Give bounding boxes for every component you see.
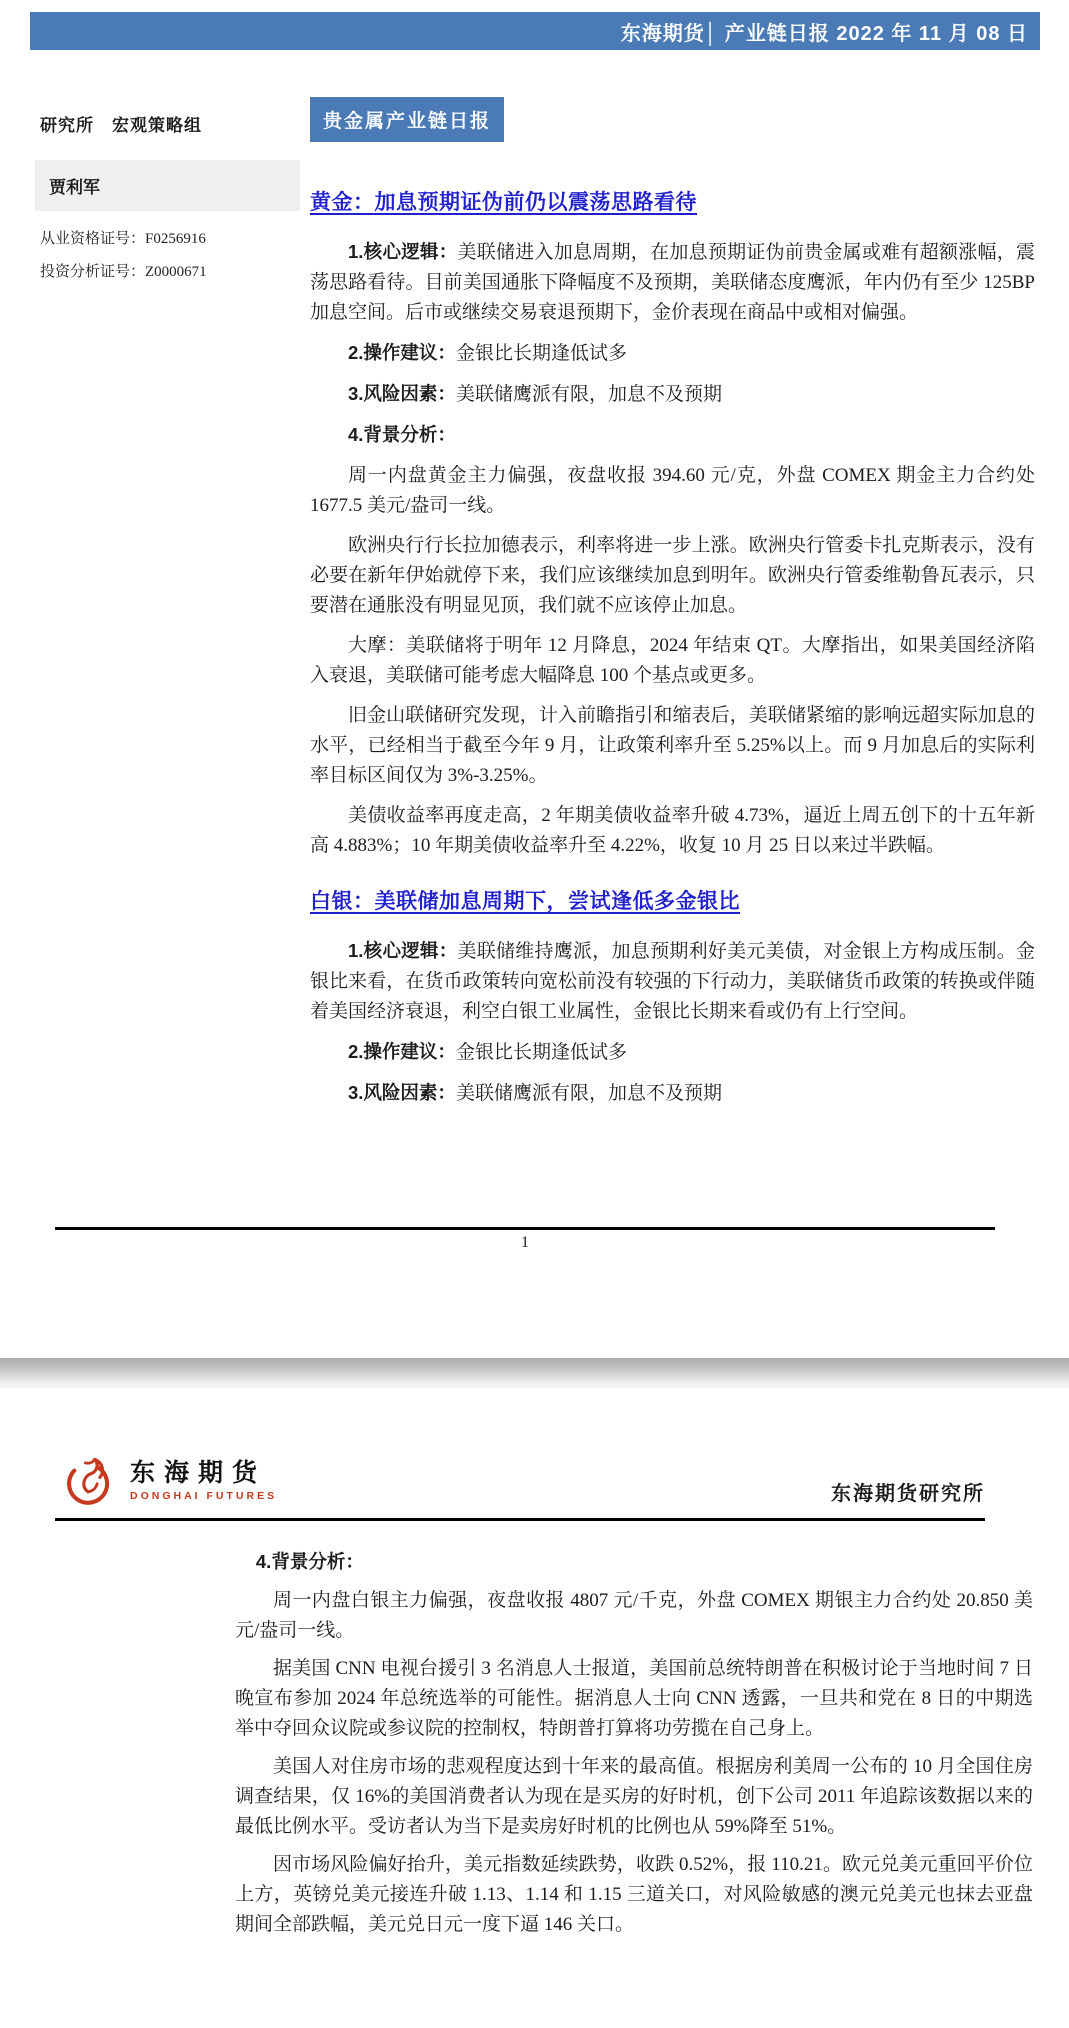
logo-chinese-name: 东海期货 bbox=[130, 1460, 277, 1488]
investment-cert-number: 投资分析证号：Z0000671 bbox=[40, 256, 310, 289]
analyst-certificates: 从业资格证号：F0256916 投资分析证号：Z0000671 bbox=[40, 223, 310, 289]
gold-item-risk: 3.风险因素：美联储鹰派有限，加息不及预期 bbox=[310, 379, 1035, 410]
silver-item-advice-label: 2.操作建议： bbox=[348, 1041, 456, 1062]
silver-section-heading[interactable]: 白银：美联储加息周期下，尝试逢低多金银比 bbox=[310, 889, 1035, 914]
page2-header: 东海期货 DONGHAI FUTURES 东海期货研究所 bbox=[60, 1452, 985, 1510]
gold-background-paragraph: 美债收益率再度走高，2 年期美债收益率升破 4.73%，逼近上周五创下的十五年新… bbox=[310, 801, 1035, 861]
silver-background-paragraph: 据美国 CNN 电视台援引 3 名消息人士报道，美国前总统特朗普在积极讨论于当地… bbox=[235, 1654, 1033, 1744]
research-institute-title: 东海期货研究所 bbox=[831, 1477, 985, 1510]
page1-columns: 研究所 宏观策略组 贾利军 从业资格证号：F0256916 投资分析证号：Z00… bbox=[0, 97, 1069, 1109]
silver-background-label: 4.背景分析： bbox=[256, 1551, 364, 1572]
department-label: 研究所 宏观策略组 bbox=[40, 111, 310, 136]
gold-background-paragraph: 周一内盘黄金主力偏强，夜盘收报 394.60 元/克，外盘 COMEX 期金主力… bbox=[310, 461, 1035, 521]
silver-item-risk: 3.风险因素：美联储鹰派有限，加息不及预期 bbox=[310, 1078, 1035, 1109]
gold-item-advice-label: 2.操作建议： bbox=[348, 342, 456, 363]
page1-footer-rule bbox=[55, 1227, 995, 1230]
silver-background-paragraph: 因市场风险偏好抬升，美元指数延续跌势，收跌 0.52%，报 110.21。欧元兑… bbox=[235, 1850, 1033, 1940]
gold-item-background-label: 4.背景分析： bbox=[348, 424, 456, 445]
gold-background-paragraph: 欧洲央行行长拉加德表示，利率将进一步上涨。欧洲央行管委卡扎克斯表示，没有必要在新… bbox=[310, 531, 1035, 621]
practice-cert-number: 从业资格证号：F0256916 bbox=[40, 223, 310, 256]
silver-item-core-logic-label: 1.核心逻辑： bbox=[348, 940, 457, 961]
banner-title: 东海期货│ 产业链日报 2022 年 11 月 08 日 bbox=[621, 17, 1028, 46]
gold-background-paragraph: 旧金山联储研究发现，计入前瞻指引和缩表后，美联储紧缩的影响远超实际加息的水平，已… bbox=[310, 701, 1035, 791]
silver-background-paragraph: 周一内盘白银主力偏强，夜盘收报 4807 元/千克，外盘 COMEX 期银主力合… bbox=[235, 1586, 1033, 1646]
gold-item-background: 4.背景分析： bbox=[310, 420, 1035, 451]
gold-item-core-logic-label: 1.核心逻辑： bbox=[348, 241, 457, 262]
silver-background-section: 4.背景分析： bbox=[235, 1547, 1033, 1578]
silver-item-advice: 2.操作建议：金银比长期逢低试多 bbox=[310, 1037, 1035, 1068]
report-title-badge: 贵金属产业链日报 bbox=[310, 97, 504, 142]
logo-text: 东海期货 DONGHAI FUTURES bbox=[130, 1460, 277, 1503]
page-1: 东海期货│ 产业链日报 2022 年 11 月 08 日 研究所 宏观策略组 贾… bbox=[0, 0, 1069, 1358]
report-body: 贵金属产业链日报 黄金：加息预期证伪前仍以震荡思路看待 1.核心逻辑：美联储进入… bbox=[310, 97, 1069, 1109]
report-document: { "banner": { "title": "东海期货│ 产业链日报 2022… bbox=[0, 0, 1069, 2028]
top-banner: 东海期货│ 产业链日报 2022 年 11 月 08 日 bbox=[30, 12, 1040, 50]
gold-item-advice-text: 金银比长期逢低试多 bbox=[456, 343, 627, 364]
silver-item-core-logic: 1.核心逻辑：美联储维持鹰派，加息预期利好美元美债，对金银上方构成压制。金银比来… bbox=[310, 936, 1035, 1027]
page-separator-band bbox=[0, 1358, 1069, 1388]
gold-background-paragraph: 大摩：美联储将于明年 12 月降息，2024 年结束 QT。大摩指出，如果美国经… bbox=[310, 631, 1035, 691]
gold-item-risk-text: 美联储鹰派有限，加息不及预期 bbox=[456, 384, 722, 405]
gold-item-core-logic: 1.核心逻辑：美联储进入加息周期，在加息预期证伪前贵金属或难有超额涨幅，震荡思路… bbox=[310, 237, 1035, 328]
logo-english-name: DONGHAI FUTURES bbox=[130, 1490, 277, 1502]
donghai-dragon-logo-icon bbox=[60, 1452, 118, 1510]
silver-item-risk-text: 美联储鹰派有限，加息不及预期 bbox=[456, 1083, 722, 1104]
silver-background-paragraph: 美国人对住房市场的悲观程度达到十年来的最高值。根据房利美周一公布的 10 月全国… bbox=[235, 1752, 1033, 1842]
page2-body: 4.背景分析： 周一内盘白银主力偏强，夜盘收报 4807 元/千克，外盘 COM… bbox=[235, 1521, 1033, 1940]
gold-item-advice: 2.操作建议：金银比长期逢低试多 bbox=[310, 338, 1035, 369]
analyst-name: 贾利军 bbox=[49, 178, 100, 197]
page-2: 东海期货 DONGHAI FUTURES 东海期货研究所 4.背景分析： 周一内… bbox=[0, 1388, 1069, 2028]
gold-section-heading[interactable]: 黄金：加息预期证伪前仍以震荡思路看待 bbox=[310, 190, 1035, 215]
author-sidebar: 研究所 宏观策略组 贾利军 从业资格证号：F0256916 投资分析证号：Z00… bbox=[0, 97, 310, 1109]
company-logo: 东海期货 DONGHAI FUTURES bbox=[60, 1452, 277, 1510]
page-number: 1 bbox=[55, 1234, 995, 1252]
silver-item-advice-text: 金银比长期逢低试多 bbox=[456, 1042, 627, 1063]
gold-item-risk-label: 3.风险因素： bbox=[348, 383, 456, 404]
silver-item-risk-label: 3.风险因素： bbox=[348, 1082, 456, 1103]
analyst-name-box: 贾利军 bbox=[35, 160, 300, 211]
